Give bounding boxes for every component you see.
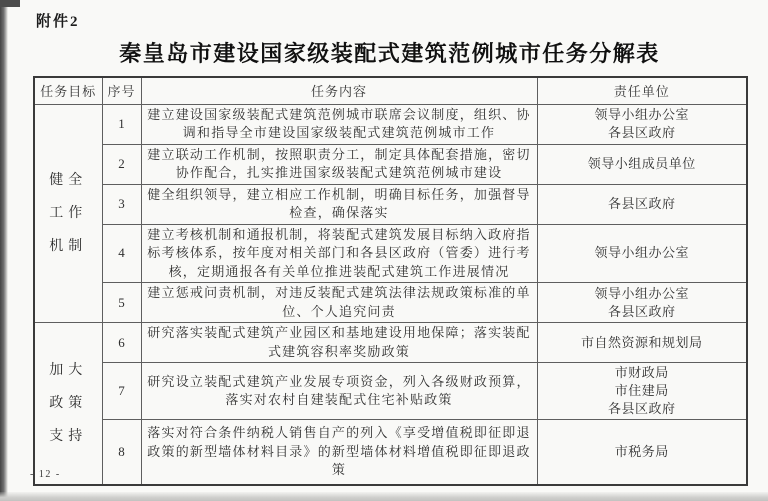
table-row: 加大 政策 支持 6 研究落实装配式建筑产业园区和基地建设用地保障；落实装配式建… — [34, 323, 747, 363]
table-row: 3 健全组织领导，建立相应工作机制，明确目标任务，加强督导检查，确保落实 各县区… — [34, 184, 747, 224]
responsible-unit: 领导小组办公室 各县区政府 — [537, 104, 747, 144]
row-number: 5 — [102, 283, 141, 323]
responsible-unit: 市财政局 市住建局 各县区政府 — [537, 363, 747, 420]
responsible-unit: 市税务局 — [537, 420, 747, 485]
task-table: 任务目标 序号 任务内容 责任单位 健全 工作 机制 1 建立建设国家级装配式建… — [33, 76, 748, 486]
task-content: 研究设立装配式建筑产业发展专项资金，列入各级财政预算，落实对农村自建装配式住宅补… — [141, 363, 537, 420]
header-task-goal: 任务目标 — [34, 77, 102, 104]
responsible-unit: 市自然资源和规划局 — [537, 323, 747, 363]
document-page: 附件2 秦皇岛市建设国家级装配式建筑范例城市任务分解表 任务目标 序号 任务内容… — [0, 0, 768, 501]
table-row: 健全 工作 机制 1 建立建设国家级装配式建筑范例城市联席会议制度，组织、协调和… — [34, 104, 747, 144]
task-content: 健全组织领导，建立相应工作机制，明确目标任务，加强督导检查，确保落实 — [141, 184, 537, 224]
row-number: 6 — [102, 323, 141, 363]
row-number: 3 — [102, 184, 141, 224]
header-responsible-unit: 责任单位 — [537, 77, 747, 104]
responsible-unit: 领导小组办公室 各县区政府 — [537, 283, 747, 323]
scan-edge-left — [0, 0, 8, 501]
table-row: 5 建立惩戒问责机制，对违反装配式建筑法律法规政策标准的单位、个人追究问责 领导… — [34, 283, 747, 323]
header-task-content: 任务内容 — [141, 77, 537, 104]
row-number: 2 — [102, 144, 141, 184]
task-content: 建立考核机制和通报机制，将装配式建筑发展目标纳入政府指标考核体系，按年度对相关部… — [141, 224, 537, 283]
row-number: 8 — [102, 420, 141, 485]
header-number: 序号 — [102, 77, 141, 104]
table-row: 4 建立考核机制和通报机制，将装配式建筑发展目标纳入政府指标考核体系，按年度对相… — [34, 224, 747, 283]
attachment-label: 附件2 — [36, 10, 80, 31]
scan-edge-bottom — [0, 492, 768, 501]
responsible-unit: 各县区政府 — [537, 184, 747, 224]
page-title: 秦皇岛市建设国家级装配式建筑范例城市任务分解表 — [33, 37, 746, 68]
table-row: 7 研究设立装配式建筑产业发展专项资金，列入各级财政预算，落实对农村自建装配式住… — [34, 363, 747, 420]
table-header-row: 任务目标 序号 任务内容 责任单位 — [34, 77, 747, 104]
goal-cell-policy: 加大 政策 支持 — [34, 323, 102, 485]
row-number: 1 — [102, 104, 141, 144]
task-content: 建立惩戒问责机制，对违反装配式建筑法律法规政策标准的单位、个人追究问责 — [141, 283, 537, 323]
task-content: 建立联动工作机制，按照职责分工，制定具体配套措施，密切协作配合，扎实推进国家级装… — [141, 144, 537, 184]
row-number: 7 — [102, 363, 141, 420]
page-number: - 12 - — [30, 469, 61, 480]
table-row: 2 建立联动工作机制，按照职责分工，制定具体配套措施，密切协作配合，扎实推进国家… — [34, 144, 747, 184]
responsible-unit: 领导小组成员单位 — [537, 144, 747, 184]
scan-corner-mark — [0, 0, 20, 7]
table-row: 8 落实对符合条件纳税人销售自产的列入《享受增值税即征即退政策的新型墙体材料目录… — [34, 420, 747, 485]
task-content: 落实对符合条件纳税人销售自产的列入《享受增值税即征即退政策的新型墙体材料目录》的… — [141, 420, 537, 485]
task-content: 建立建设国家级装配式建筑范例城市联席会议制度，组织、协调和指导全市建设国家级装配… — [141, 104, 537, 144]
row-number: 4 — [102, 224, 141, 283]
goal-cell-mechanism: 健全 工作 机制 — [34, 104, 102, 323]
task-content: 研究落实装配式建筑产业园区和基地建设用地保障；落实装配式建筑容积率奖励政策 — [141, 323, 537, 363]
responsible-unit: 领导小组办公室 — [537, 224, 747, 283]
